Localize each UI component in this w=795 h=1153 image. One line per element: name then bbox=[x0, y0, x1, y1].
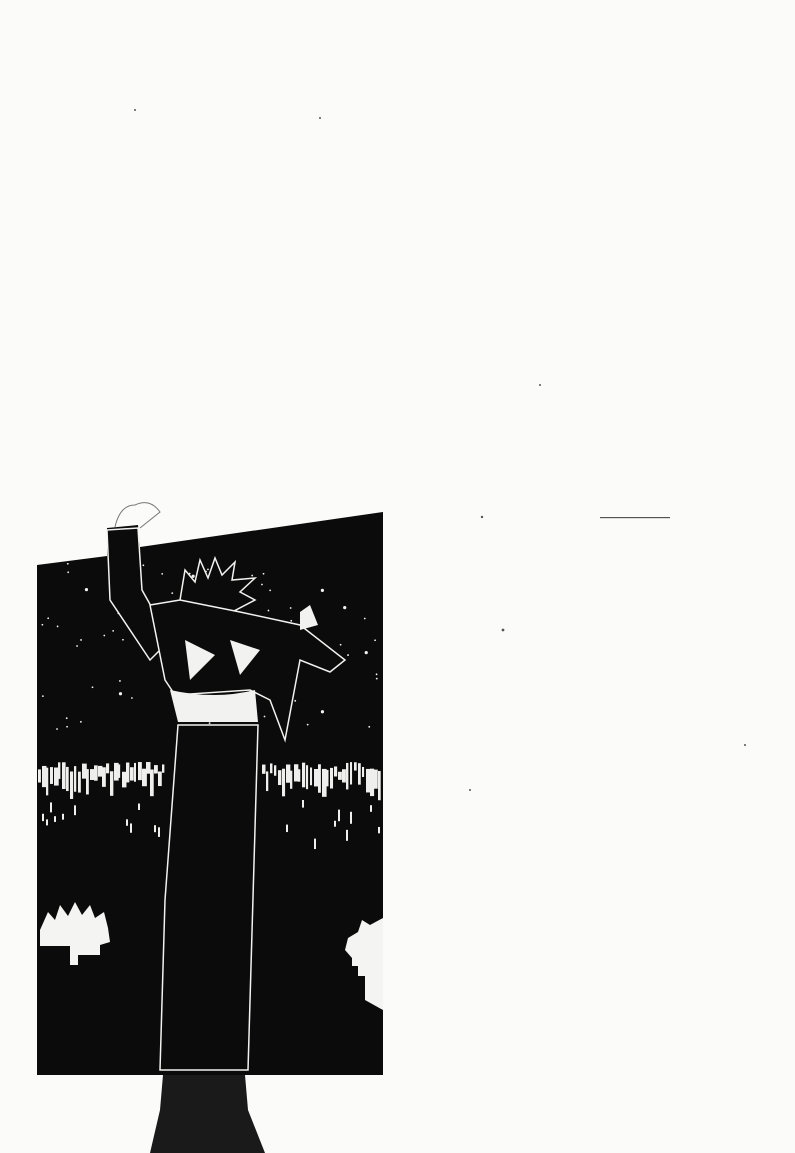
manga-page bbox=[0, 0, 795, 1153]
illustration bbox=[0, 0, 795, 1153]
